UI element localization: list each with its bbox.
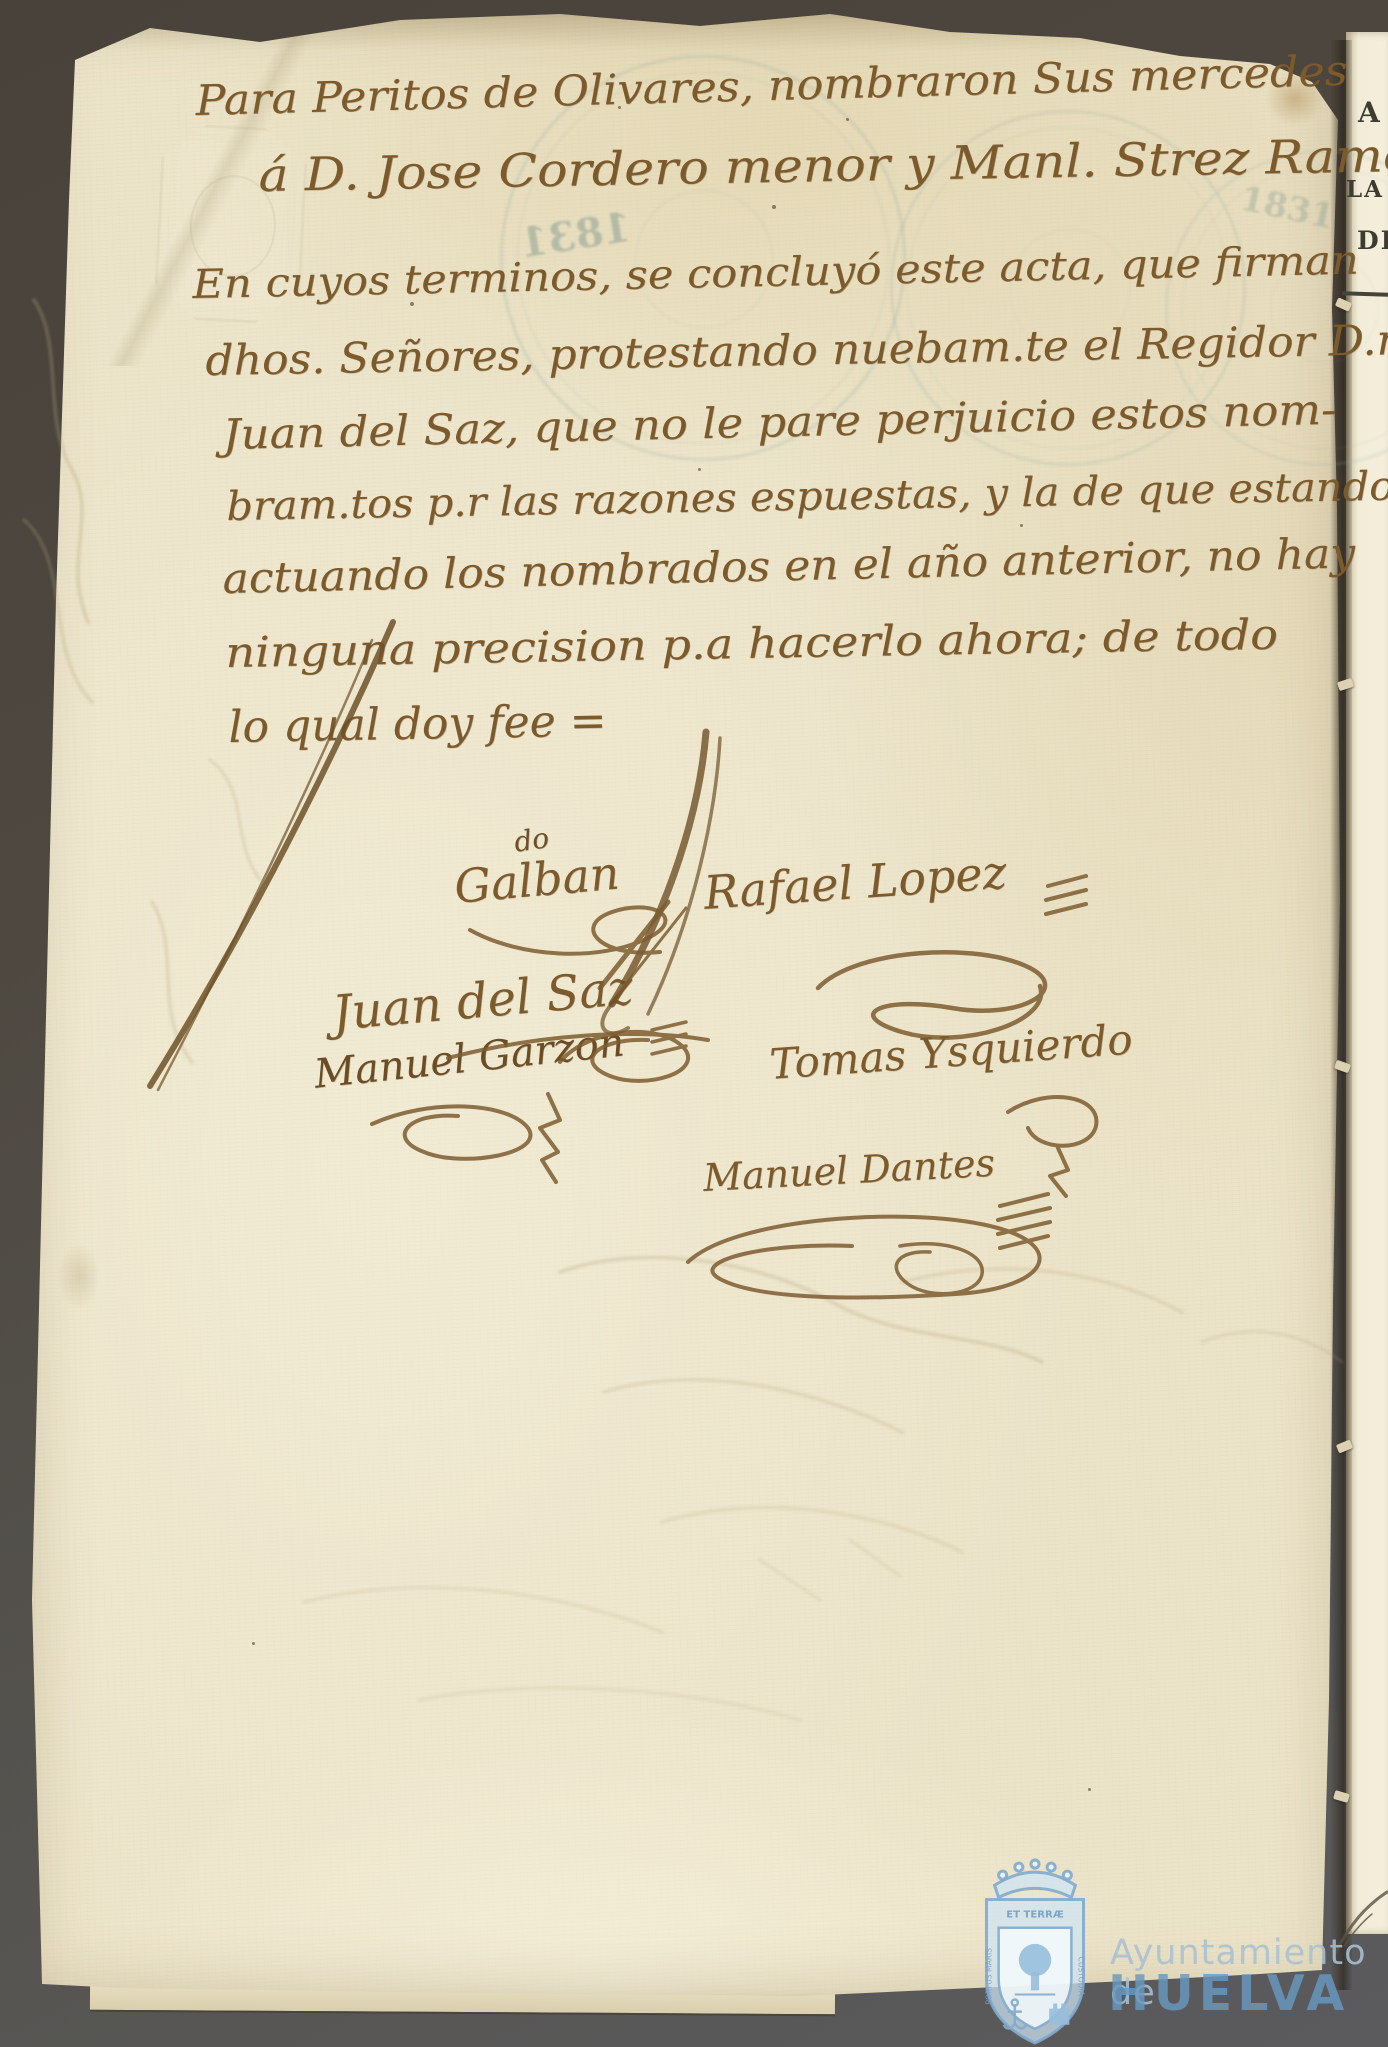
shield-motto-top: ET TERRÆ — [1006, 1910, 1064, 1921]
signature-rubrics — [372, 876, 1096, 1297]
huelva-shield-icon: ET TERRÆ PORTUS MARIS CUSTODIA — [970, 1855, 1100, 2047]
shield-motto-right: CUSTODIA — [1076, 1957, 1085, 1997]
scanned-manuscript: A LA DE 1831 1831 Para Peritos de Olivar… — [0, 0, 1388, 2047]
ink-flourishes-layer — [0, 0, 1388, 2047]
bleed-through-ghost-writing — [24, 300, 1342, 1720]
watermark-text-line2: HUELVA — [1108, 1965, 1349, 2022]
notarial-flourish — [150, 622, 720, 1090]
archive-watermark: ET TERRÆ PORTUS MARIS CUSTODIA Ayuntamie… — [970, 1855, 1388, 2047]
shield-motto-left: PORTUS MARIS — [985, 1948, 994, 2005]
